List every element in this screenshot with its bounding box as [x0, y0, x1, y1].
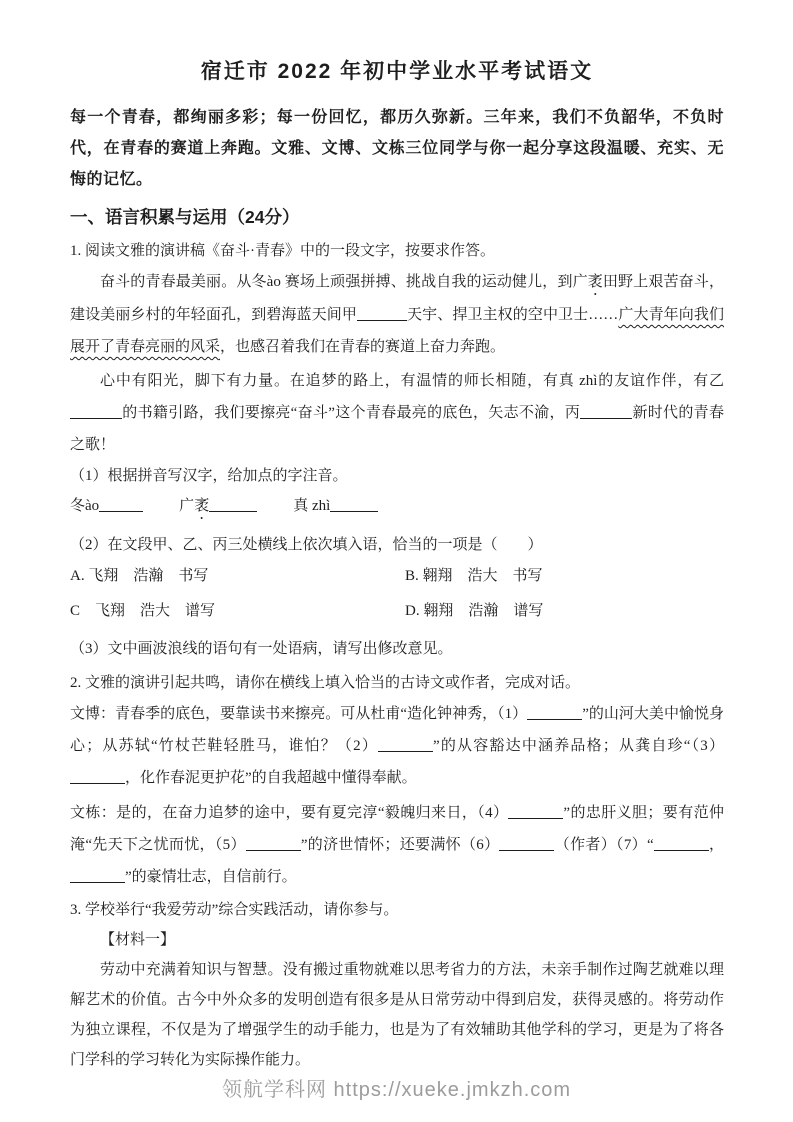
passage-paragraph-2: 心中有阳光，脚下有力量。在追梦的路上，有温情的师长相随，有真 zhì的友谊作伴，…: [70, 365, 724, 461]
answer-blank: [527, 705, 582, 720]
text-run: ，: [709, 837, 724, 853]
material-1-label: 【材料一】: [70, 925, 724, 955]
material-1-text: 劳动中充满着知识与智慧。没有搬过重物就难以思考省力的方法，未亲手制作过陶艺就难以…: [70, 955, 724, 1075]
answer-blank: [70, 404, 122, 419]
question-1-stem: 1. 阅读文雅的演讲稿《奋斗·青春》中的一段文字，按要求作答。: [70, 237, 724, 265]
option-a: A. 飞翔 浩瀚 书写: [70, 560, 405, 592]
pinyin-answer-line: 冬ào广袤真 zhì: [70, 492, 724, 523]
option-c: C 飞翔 浩大 谱写: [70, 595, 405, 627]
text-run: 心中有阳光，脚下有力量。在追梦的路上，有温情的师长相随，有真 zhì的友谊作伴，…: [100, 373, 724, 389]
sub-question-1-stem: （1）根据拼音写汉字，给加点的字注音。: [70, 462, 724, 490]
answer-blank: [654, 836, 709, 851]
text-run: （作者）（7）“: [554, 837, 653, 853]
option-b: B. 翱翔 浩大 书写: [405, 560, 724, 592]
text-run: ”的从容豁达中涵养品格；从龚自珍“（3）: [433, 738, 724, 754]
text-run: 天宇、捍卫主权的空中卫士……: [407, 307, 618, 323]
question-2-stem: 2. 文雅的演讲引起共鸣，请你在横线上填入恰当的古诗文或作者，完成对话。: [70, 669, 724, 697]
page-content: 宿迁市 2022 年初中学业水平考试语文 每一个青春，都绚丽多彩；每一份回忆，都…: [0, 0, 793, 1075]
sub-question-2-stem: （2）在文段甲、乙、丙三处横线上依次填入语，恰当的一项是（ ）: [70, 531, 724, 559]
answer-blank: [357, 306, 407, 321]
dotted-emphasis-char: 袤: [194, 498, 209, 514]
answer-blank: [499, 836, 554, 851]
section-1-heading: 一、语言积累与运用（24分）: [70, 203, 724, 231]
wendong-dialogue: 文栋：是的，在奋力追梦的途中，要有夏完淳“毅魄归来日，（4）”的忠肝义胆；要有范…: [70, 797, 724, 893]
text-run: 的书籍引路，我们要擦亮“奋斗”这个青春最亮的底色，矢志不渝，丙: [122, 405, 580, 421]
text-run: 文栋：是的，在奋力追梦的途中，要有夏完淳“毅魄归来日，（4）: [70, 805, 508, 821]
exam-title: 宿迁市 2022 年初中学业水平考试语文: [70, 56, 724, 88]
text-run: 文博：青春季的底色，要靠读书来擦亮。可从杜甫“造化钟神秀，（1）: [70, 706, 527, 722]
option-d: D. 翱翔 浩瀚 谱写: [405, 595, 724, 627]
answer-blank: [99, 497, 143, 512]
answer-blank: [70, 868, 125, 883]
passage-paragraph-1: 奋斗的青春最美丽。从冬ào 赛场上顽强拼搏、挑战自我的运动健儿，到广袤田野上艰苦…: [70, 266, 724, 363]
answer-blank: [70, 769, 125, 784]
answer-blank: [580, 404, 632, 419]
answer-blank: [378, 737, 433, 752]
question-3-stem: 3. 学校举行“我爱劳动”综合实践活动，请你参与。: [70, 896, 724, 924]
text-run: ，化作春泥更护花”的自我超越中懂得奉献。: [125, 770, 417, 786]
site-watermark: 领航学科网 https://xueke.jmkzh.com: [0, 1073, 793, 1102]
dotted-emphasis-char: 袤: [588, 274, 603, 290]
text-run: ”的济世情怀；还要满怀（6）: [301, 837, 500, 853]
text-run: ”的豪情壮志，自信前行。: [125, 869, 297, 885]
text-run: ，也感召着我们在青春的赛道上奋力奔跑。: [220, 339, 505, 355]
answer-blank: [508, 804, 563, 819]
text-run: 广: [179, 498, 194, 514]
text-run: 冬ào: [70, 498, 99, 514]
sub-question-3-stem: （3）文中画波浪线的语句有一处语病，请写出修改意见。: [70, 635, 724, 663]
intro-paragraph: 每一个青春，都绚丽多彩；每一份回忆，都历久弥新。三年来，我们不负韶华，不负时代，…: [70, 102, 724, 195]
text-run: 真 zhì: [293, 498, 330, 514]
exam-paper-page: 宿迁市 2022 年初中学业水平考试语文 每一个青春，都绚丽多彩；每一份回忆，都…: [0, 0, 793, 1122]
text-run: 奋斗的青春最美丽。从冬ào 赛场上顽强拼搏、挑战自我的运动健儿，到广: [100, 274, 588, 290]
choice-options: A. 飞翔 浩瀚 书写 B. 翱翔 浩大 书写 C 飞翔 浩大 谱写 D. 翱翔…: [70, 560, 724, 627]
answer-blank: [209, 497, 257, 512]
answer-blank: [330, 497, 378, 512]
wenbo-dialogue: 文博：青春季的底色，要靠读书来擦亮。可从杜甫“造化钟神秀，（1）”的山河大美中愉…: [70, 698, 724, 794]
answer-blank: [246, 836, 301, 851]
